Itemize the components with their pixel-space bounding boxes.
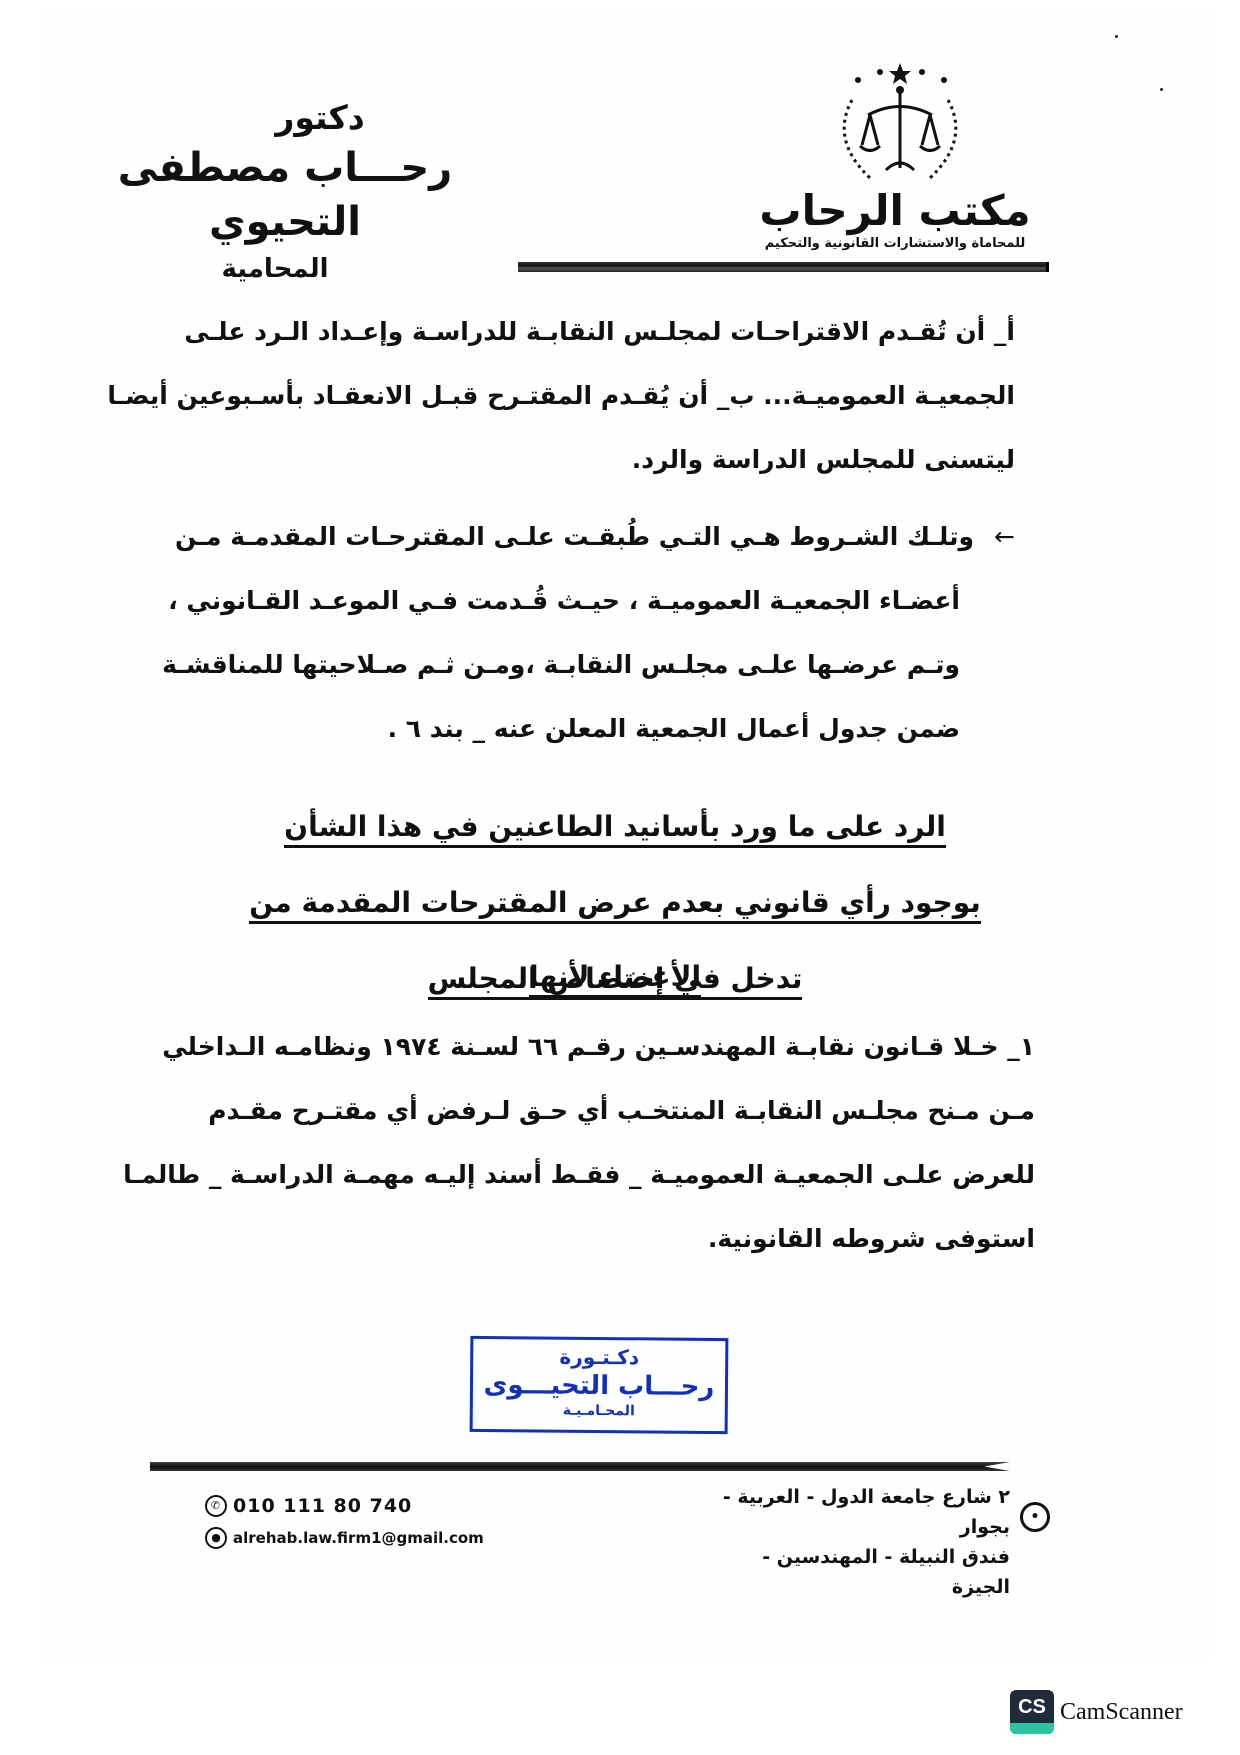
text-line: ليتسنى للمجلس الدراسة والرد. [205,428,1015,492]
address-line: ٢ شارع جامعة الدول - العربية - بجوار [700,1482,1010,1542]
text-line: ضمن جدول أعمال الجمعية المعلن عنه _ بند … [205,697,1015,761]
text-line: استوفى شروطه القانونية. [215,1207,1035,1271]
text-line: للعرض علـى الجمعيـة العموميـة _ فقـط أسن… [215,1143,1035,1207]
paragraph-applied-conditions: ←وتلـك الشـروط هـي التـي طُبقـت علـى الم… [205,505,1015,761]
signature-stamp: دكـتـورة رحـــاب التحيـــوى المحـامـيـة [470,1336,729,1434]
text-line: وتـم عرضـها علـى مجلـس النقابـة ،ومـن ثـ… [205,633,1015,697]
camscanner-badge-band [1010,1723,1054,1734]
scan-speck [1115,35,1118,38]
camscanner-label: CamScanner [1060,1699,1183,1726]
header-divider [518,262,1049,272]
scales-of-justice-wreath-icon [800,60,1000,190]
email-address: alrehab.law.firm1@gmail.com [233,1529,484,1547]
stamp-title: دكـتـورة [473,1343,725,1371]
email-row: ● alrehab.law.firm1@gmail.com [205,1522,484,1554]
phone-row: ✆ 010 111 80 740 [205,1490,484,1522]
scan-speck [1160,88,1163,91]
stamp-role: المحـامـيـة [473,1401,725,1421]
address-line: فندق النبيلة - المهندسين - الجيزة [700,1542,1010,1602]
camscanner-badge-text: CS [1010,1696,1054,1719]
firm-name: مكتب الرحاب [730,185,1060,237]
text-line: ١_ خـلا قـانون نقابـة المهندسـين رقـم ٦٦… [215,1015,1035,1079]
section-heading: تدخل في إختصاص المجلس [200,942,1030,1016]
text-line-content: وتلـك الشـروط هـي التـي طُبقـت علـى المق… [175,522,974,551]
phone-icon: ✆ [205,1495,227,1517]
office-address: ٢ شارع جامعة الدول - العربية - بجوار فند… [700,1482,1010,1602]
lawyer-title: دكتور [165,95,475,141]
paragraph-law-clause: ١_ خـلا قـانون نقابـة المهندسـين رقـم ٦٦… [215,1015,1035,1271]
footer-divider [150,1462,1010,1471]
phone-number: 010 111 80 740 [233,1495,412,1517]
heading-line: تدخل في إختصاص المجلس [428,962,803,1000]
firm-tagline: للمحاماة والاستشارات القانونية والتحكيم [740,236,1050,251]
arrow-left-icon: ← [994,505,1015,569]
location-icon: • [1020,1502,1050,1532]
lawyer-role: المحامية [75,249,475,289]
text-line: الجمعيـة العموميـة... ب_ أن يُقـدم المقت… [205,364,1015,428]
section-heading: الرد على ما ورد بأسانيد الطاعنين في هذا … [200,790,1030,864]
contact-info: ✆ 010 111 80 740 ● alrehab.law.firm1@gma… [205,1490,484,1554]
stamp-name: رحـــاب التحيـــوى [473,1369,725,1403]
text-line: ←وتلـك الشـروط هـي التـي طُبقـت علـى الم… [205,505,1015,569]
text-line: أ_ أن تُقـدم الاقتراحـات لمجلـس النقابـة… [205,300,1015,364]
lawyer-name: رحـــاب مصطفى التحيوي [95,141,475,249]
camscanner-watermark: CS CamScanner [1010,1690,1183,1734]
heading-line: الرد على ما ورد بأسانيد الطاعنين في هذا … [284,810,946,848]
text-line: أعضـاء الجمعيـة العموميـة ، حيـث قُـدمت … [205,569,1015,633]
text-line: مـن مـنح مجلـس النقابـة المنتخـب أي حـق … [215,1079,1035,1143]
lawyer-name-block: دكتور رحـــاب مصطفى التحيوي المحامية [95,95,475,289]
camscanner-logo-icon: CS [1010,1690,1054,1734]
paragraph-conditions: أ_ أن تُقـدم الاقتراحـات لمجلـس النقابـة… [205,300,1015,492]
email-icon: ● [205,1527,227,1549]
